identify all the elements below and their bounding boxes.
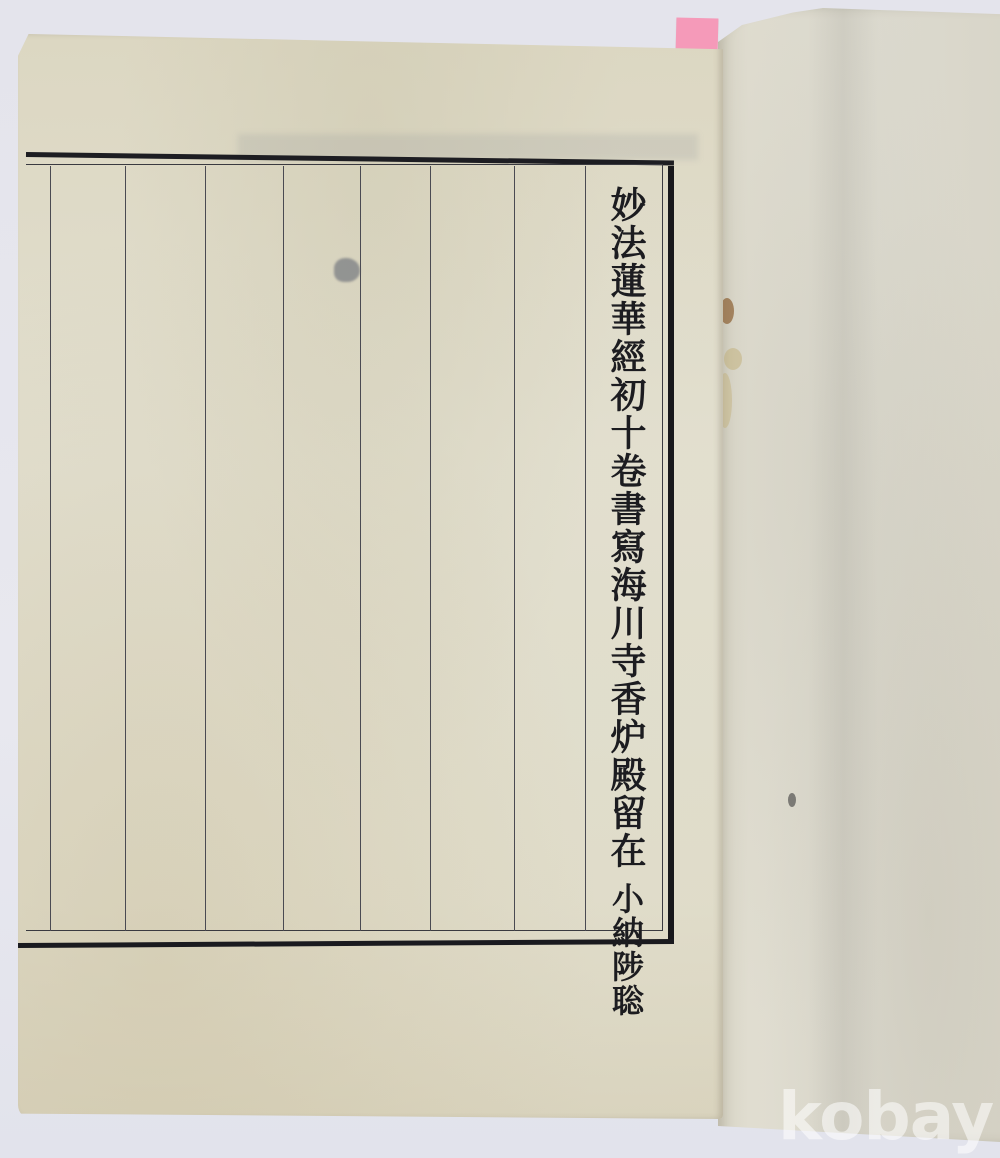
column-rule <box>430 166 431 931</box>
ink-blot <box>334 258 360 282</box>
page-crease <box>808 8 878 1143</box>
column-rule <box>514 166 515 931</box>
column-rule <box>125 166 126 931</box>
frame-border-right <box>668 166 674 944</box>
stain <box>788 793 796 807</box>
right-facing-page <box>718 8 1000 1143</box>
column-rule <box>585 166 586 931</box>
column-rule <box>50 166 51 931</box>
column-rule <box>205 166 206 931</box>
watermark-logo: kobay <box>778 1078 993 1155</box>
handwritten-colophon: 妙法蓮華經初十卷書寫海川寺香炉殿留在小納陟聡 <box>592 186 652 1018</box>
stain <box>724 348 742 370</box>
column-rule <box>360 166 361 931</box>
column-rule <box>283 166 284 931</box>
colophon-main-text: 妙法蓮華經初十卷書寫海川寺香炉殿留在 <box>605 186 647 870</box>
colophon-signature: 小納陟聡 <box>607 882 645 1018</box>
